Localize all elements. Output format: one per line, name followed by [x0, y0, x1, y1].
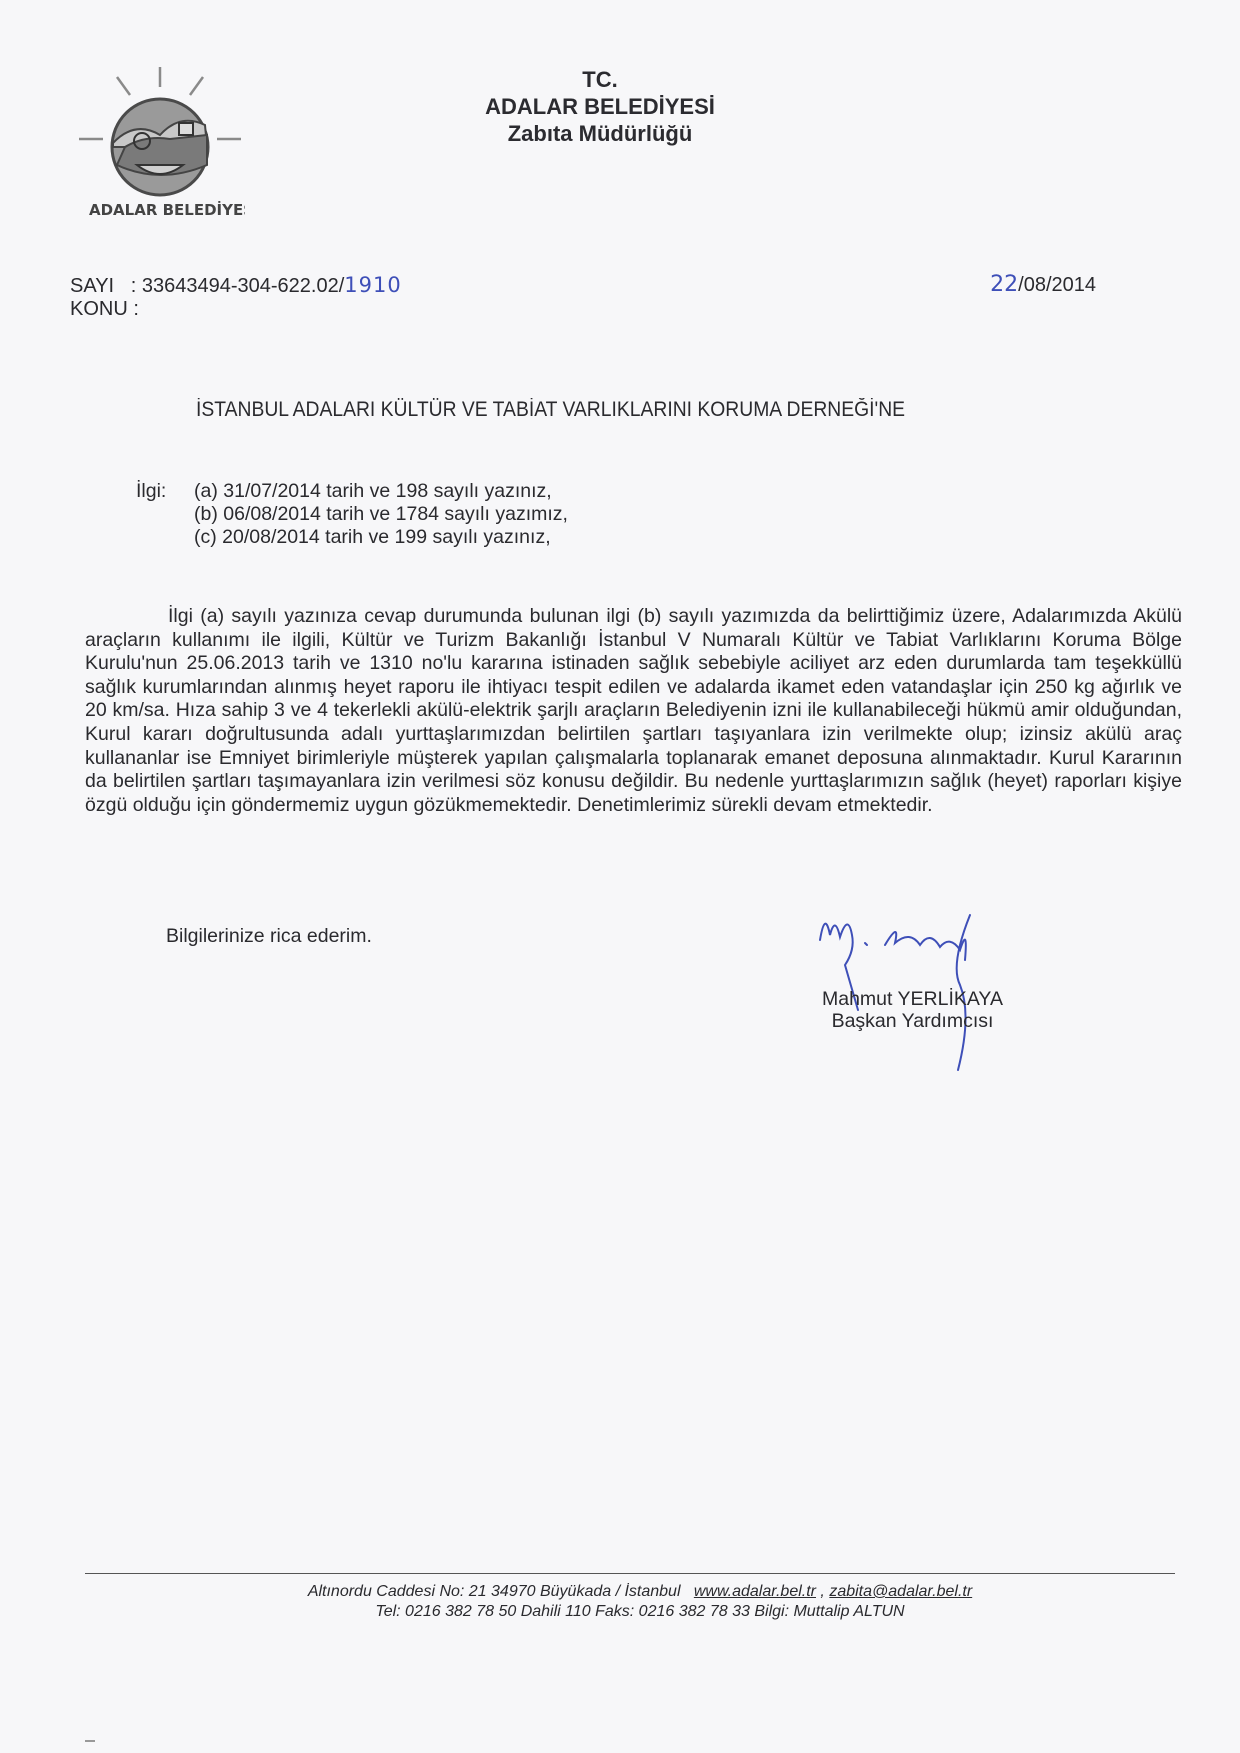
date-printed: /08/2014 — [1018, 274, 1096, 296]
municipality-logo: ADALAR BELEDİYESİ — [75, 65, 245, 230]
letter-date: 22/08/2014 — [990, 272, 1096, 297]
header-line-tc: TC. — [420, 66, 780, 93]
references-block: İlgi: (a) 31/07/2014 tarih ve 198 sayılı… — [136, 480, 568, 549]
footer-address: Altınordu Caddesi No: 21 34970 Büyükada … — [308, 1583, 681, 1600]
footer-address-line: Altınordu Caddesi No: 21 34970 Büyükada … — [200, 1582, 1080, 1602]
reference-text: (c) 20/08/2014 tarih ve 199 sayılı yazın… — [194, 526, 551, 549]
reference-number: SAYI : 33643494-304-622.02/1910 — [70, 272, 402, 299]
reference-text: (b) 06/08/2014 tarih ve 1784 sayılı yazı… — [194, 503, 568, 526]
signatory-name: Mahmut YERLİKAYA — [822, 988, 1003, 1010]
logo-ring-text: ADALAR BELEDİYESİ — [89, 200, 245, 219]
date-handwritten-day: 22 — [990, 272, 1018, 297]
header-line-municipality: ADALAR BELEDİYESİ — [420, 93, 780, 120]
closing-line: Bilgilerinize rica ederim. — [166, 925, 372, 948]
signatory-title: Başkan Yardımcısı — [822, 1010, 1003, 1032]
reference-text: (a) 31/07/2014 tarih ve 198 sayılı yazın… — [194, 480, 552, 503]
scan-artifact — [85, 1740, 95, 1742]
signatory-block: Mahmut YERLİKAYA Başkan Yardımcısı — [822, 988, 1003, 1032]
header-line-department: Zabıta Müdürlüğü — [420, 120, 780, 147]
sayi-value: : 33643494-304-622.02/ — [131, 275, 345, 297]
footer-contact: Tel: 0216 382 78 50 Dahili 110 Faks: 021… — [200, 1602, 1080, 1622]
letterhead: TC. ADALAR BELEDİYESİ Zabıta Müdürlüğü — [420, 66, 780, 147]
sayi-handwritten: 1910 — [344, 273, 401, 297]
letter-body: İlgi (a) sayılı yazınıza cevap durumunda… — [85, 605, 1182, 817]
reference-item: İlgi: (a) 31/07/2014 tarih ve 198 sayılı… — [136, 480, 568, 503]
footer-divider — [85, 1573, 1175, 1574]
website-link[interactable]: www.adalar.bel.tr — [694, 1583, 816, 1600]
email-link[interactable]: zabita@adalar.bel.tr — [829, 1583, 972, 1600]
subject-label: KONU : — [70, 298, 139, 321]
references-label: İlgi: — [136, 480, 194, 503]
reference-item: (c) 20/08/2014 tarih ve 199 sayılı yazın… — [136, 526, 568, 549]
sayi-label: SAYI — [70, 275, 114, 297]
recipient: İSTANBUL ADALARI KÜLTÜR VE TABİAT VARLIK… — [196, 398, 905, 422]
footer: Altınordu Caddesi No: 21 34970 Büyükada … — [200, 1582, 1080, 1622]
reference-item: (b) 06/08/2014 tarih ve 1784 sayılı yazı… — [136, 503, 568, 526]
